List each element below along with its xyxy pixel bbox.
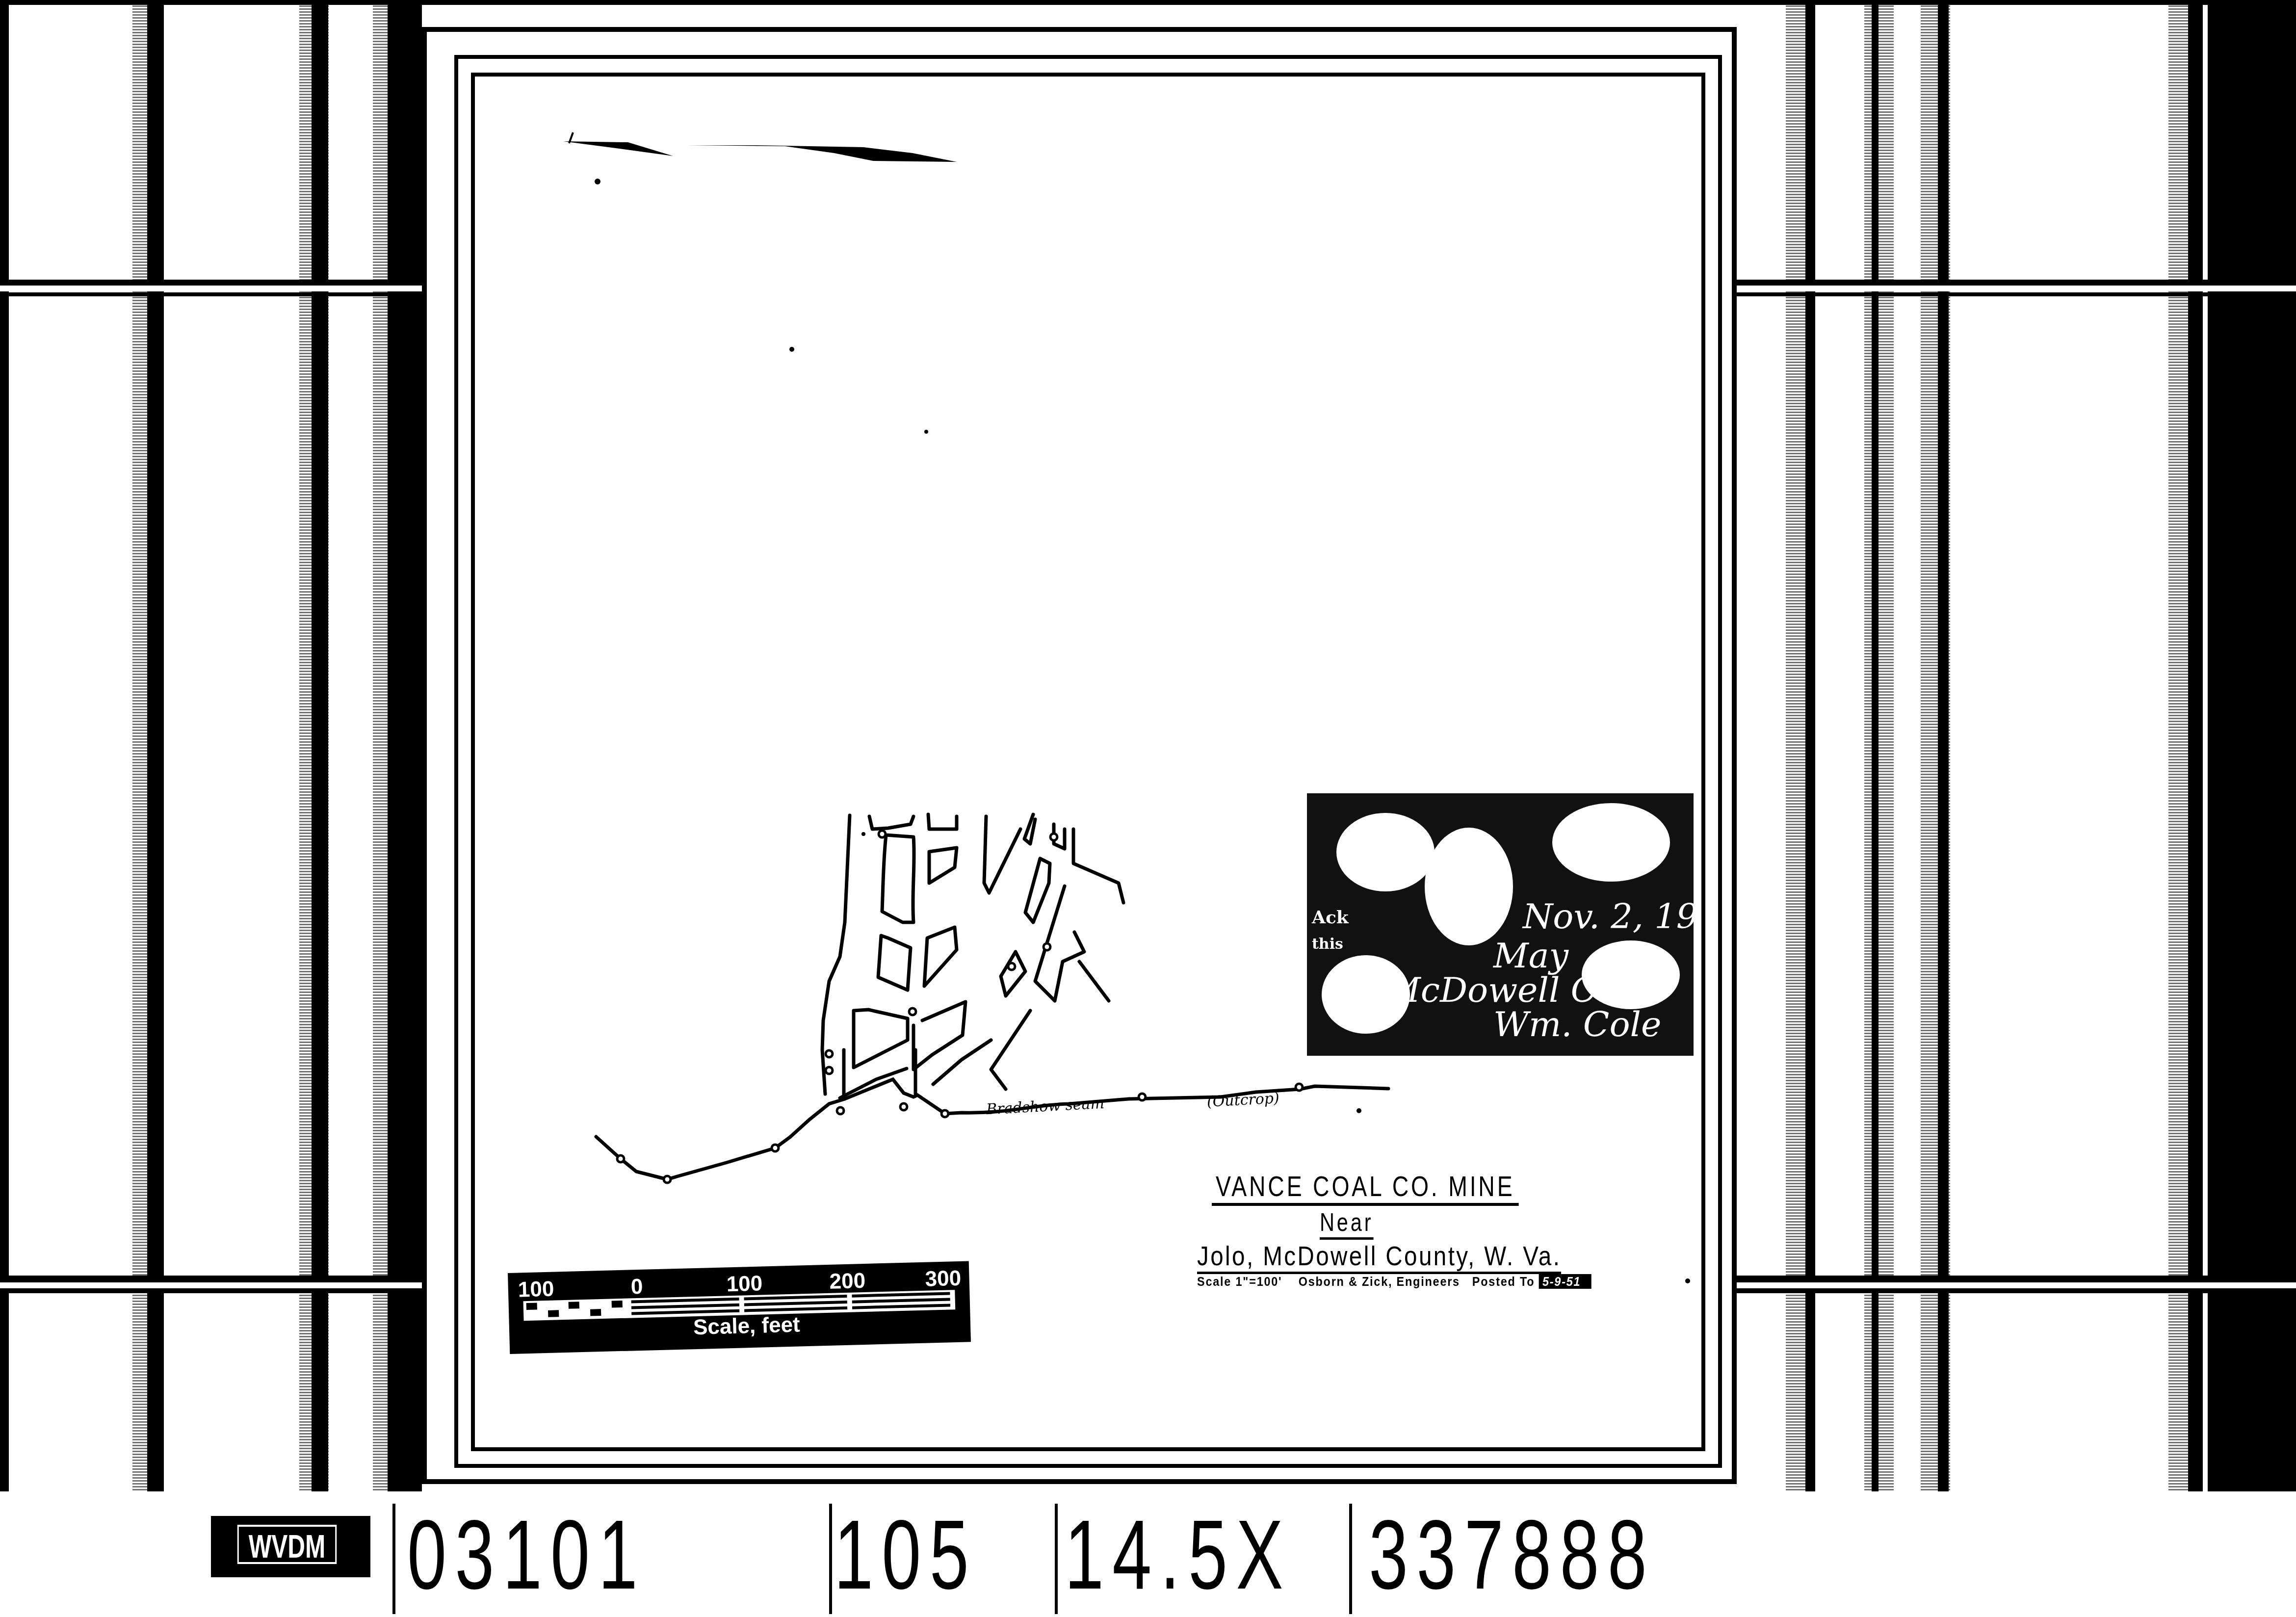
- footer-number-reduction: 14.5X: [1065, 1506, 1292, 1604]
- footer-number-id: 337888: [1369, 1506, 1655, 1604]
- meridian-arrow: [563, 141, 673, 156]
- archive-code: WVDM: [237, 1525, 337, 1564]
- stamp-print-ack: Ack: [1312, 907, 1349, 928]
- footer-number-sheet: 105: [834, 1506, 977, 1604]
- title-location: Jolo, McDowell County, W. Va.: [1197, 1240, 1561, 1274]
- title-mine-name: VANCE COAL CO. MINE: [1212, 1170, 1518, 1206]
- stamp-print-this: this: [1312, 936, 1343, 953]
- stamp-signature: Wm. Cole: [1493, 1004, 1661, 1044]
- posted-date: 5-9-51: [1539, 1274, 1592, 1289]
- footer-divider: [392, 1504, 395, 1614]
- footer-number-county: 03101: [407, 1506, 646, 1604]
- mine-workings-drawing: [0, 0, 2296, 1617]
- engineers-text: Osborn & Zick, Engineers: [1299, 1274, 1460, 1289]
- scale-tick-label: 100: [518, 1277, 554, 1303]
- scale-tick-label: 300: [925, 1266, 962, 1292]
- footer-divider: [829, 1504, 832, 1614]
- footer-divider: [1055, 1504, 1058, 1614]
- scale-tick-label: 100: [726, 1271, 763, 1297]
- footer-divider: [1349, 1504, 1352, 1614]
- title-near: Near: [1320, 1208, 1373, 1240]
- survey-stations: [617, 831, 1303, 1183]
- title-info-line: Scale 1"=100' Osborn & Zick, Engineers P…: [1197, 1274, 1592, 1289]
- notary-stamp: Ack this Nov. 2, 1951 May McDowell Co. W…: [1307, 793, 1694, 1056]
- graphic-scale: 100 0 100 200 300 Scale, feet: [508, 1261, 971, 1354]
- meridian-arrow: [687, 145, 957, 162]
- mine-entries: [822, 814, 1123, 1099]
- scale-title: Scale, feet: [693, 1312, 800, 1340]
- scale-tick-label: 0: [630, 1275, 643, 1300]
- stamp-handwritten-date: Nov. 2, 1951: [1523, 896, 1694, 937]
- posted-label: Posted To: [1472, 1274, 1535, 1289]
- archive-code-badge: WVDM: [211, 1516, 370, 1577]
- scale-tick-label: 200: [829, 1269, 866, 1294]
- scale-text: Scale 1"=100': [1197, 1274, 1282, 1289]
